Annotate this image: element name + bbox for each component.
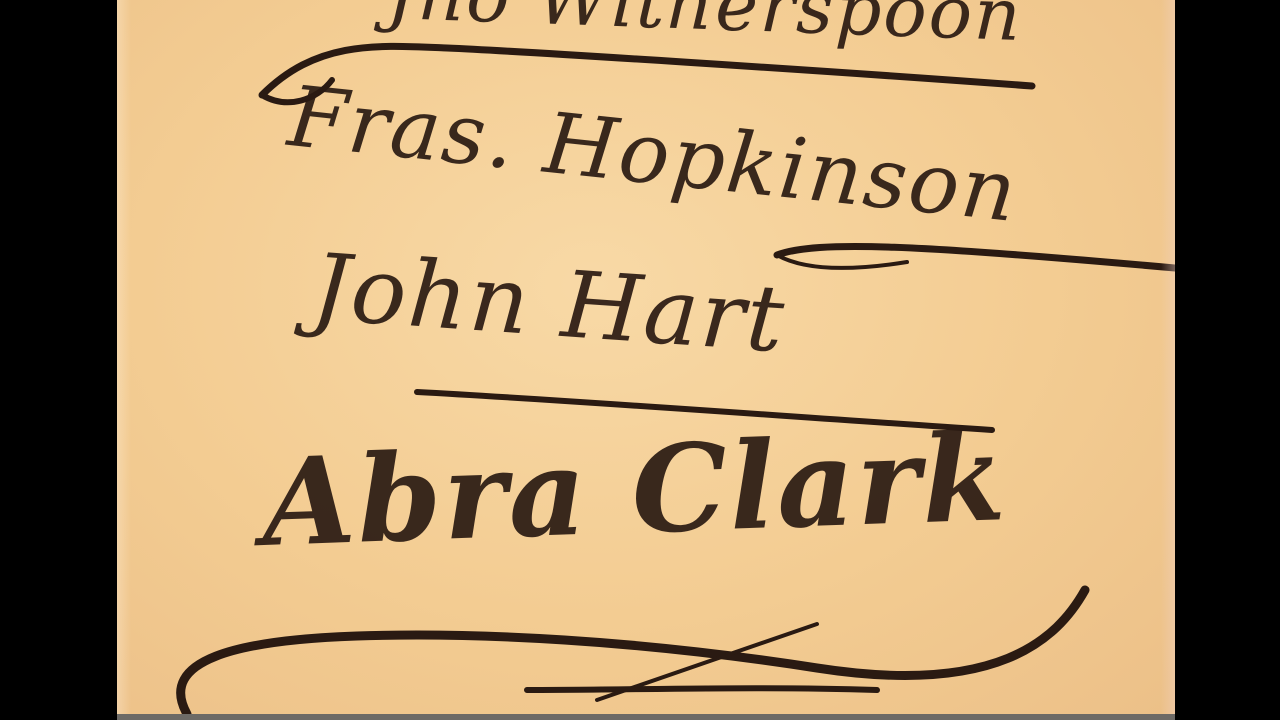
video-frame: Jno Witherspoon Fras. Hopkinson John Har… (0, 0, 1280, 720)
bottom-edge-strip (117, 714, 1175, 720)
ink-flourishes (117, 0, 1175, 714)
parchment-document: Jno Witherspoon Fras. Hopkinson John Har… (117, 0, 1175, 714)
